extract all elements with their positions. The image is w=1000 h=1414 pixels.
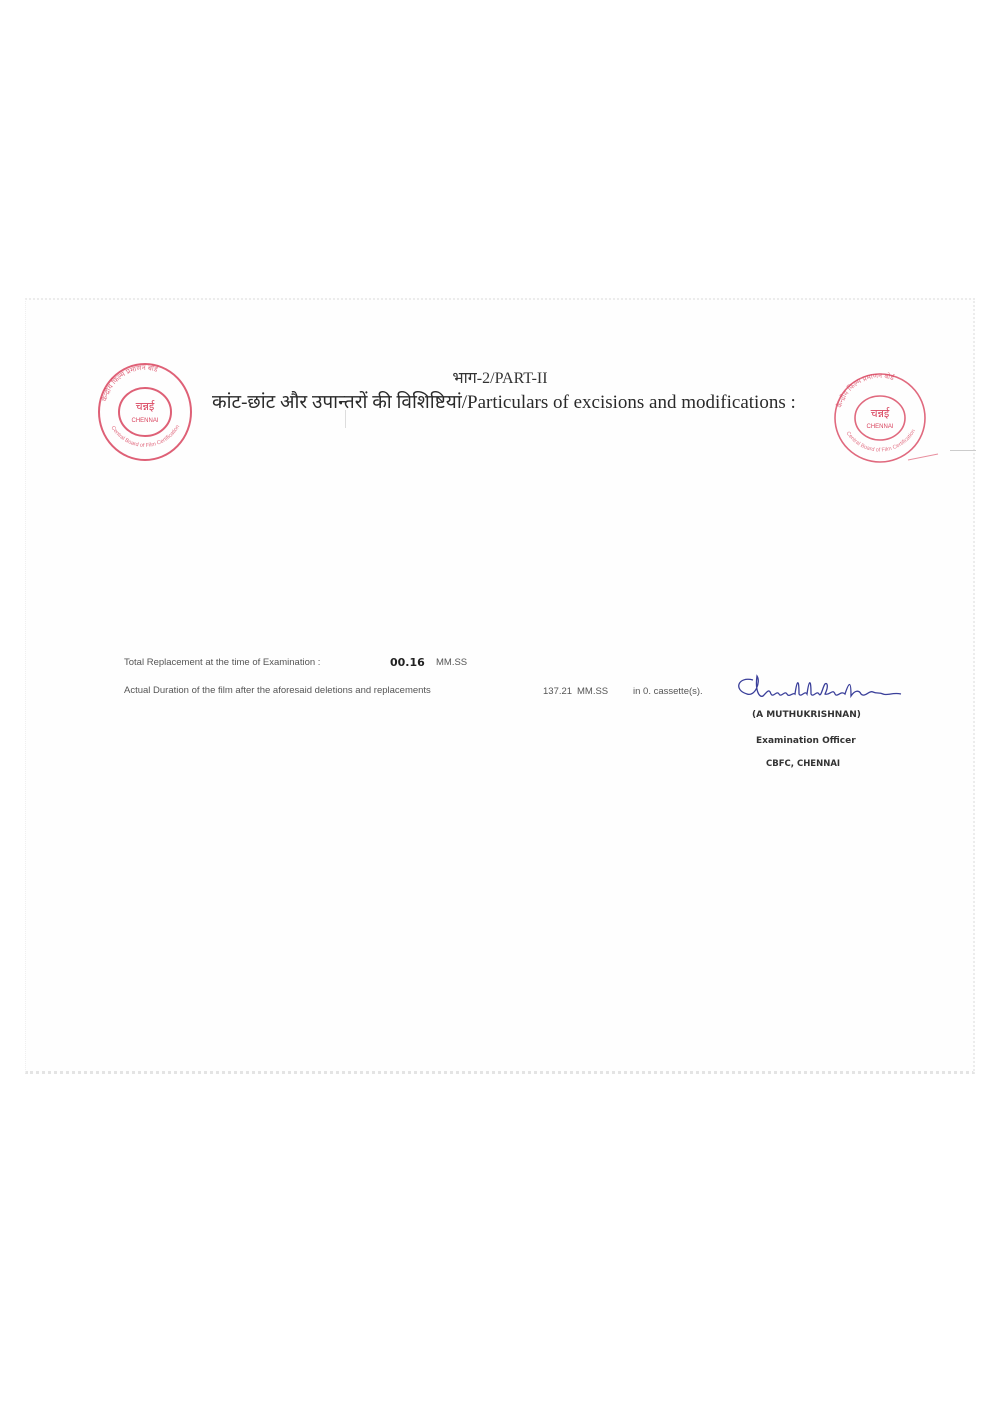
stamp-center-english: CHENNAI [131, 418, 158, 424]
actual-duration-label: Actual Duration of the film after the af… [124, 685, 431, 696]
total-replacement-value: 00.16 [390, 656, 425, 669]
cassette-count: in 0. cassette(s). [633, 686, 703, 697]
signatory-title: Examination Officer [756, 736, 856, 746]
scan-artifact [345, 410, 346, 428]
stamp-center-hindi: चन्नई [871, 407, 891, 420]
svg-text:Central Board of Film Certific: Central Board of Film Certification [845, 428, 917, 453]
signature [733, 672, 913, 712]
signatory-name: (A MUTHUKRISHNAN) [752, 710, 861, 720]
scan-artifact [950, 450, 976, 451]
actual-duration-unit: MM.SS [577, 686, 608, 697]
total-replacement-label: Total Replacement at the time of Examina… [124, 657, 320, 668]
actual-duration-value: 137.21 [543, 686, 572, 697]
stamp-center-english: CHENNAI [866, 424, 893, 430]
signatory-organization: CBFC, CHENNAI [766, 759, 840, 769]
stamp-center-hindi: चन्नई [136, 400, 156, 413]
excisions-heading: कांट-छांट और उपान्तरों की विशिष्टियां/Pa… [212, 388, 796, 414]
total-replacement-unit: MM.SS [436, 657, 467, 668]
part-heading: भाग-2/PART-II [0, 366, 1000, 388]
